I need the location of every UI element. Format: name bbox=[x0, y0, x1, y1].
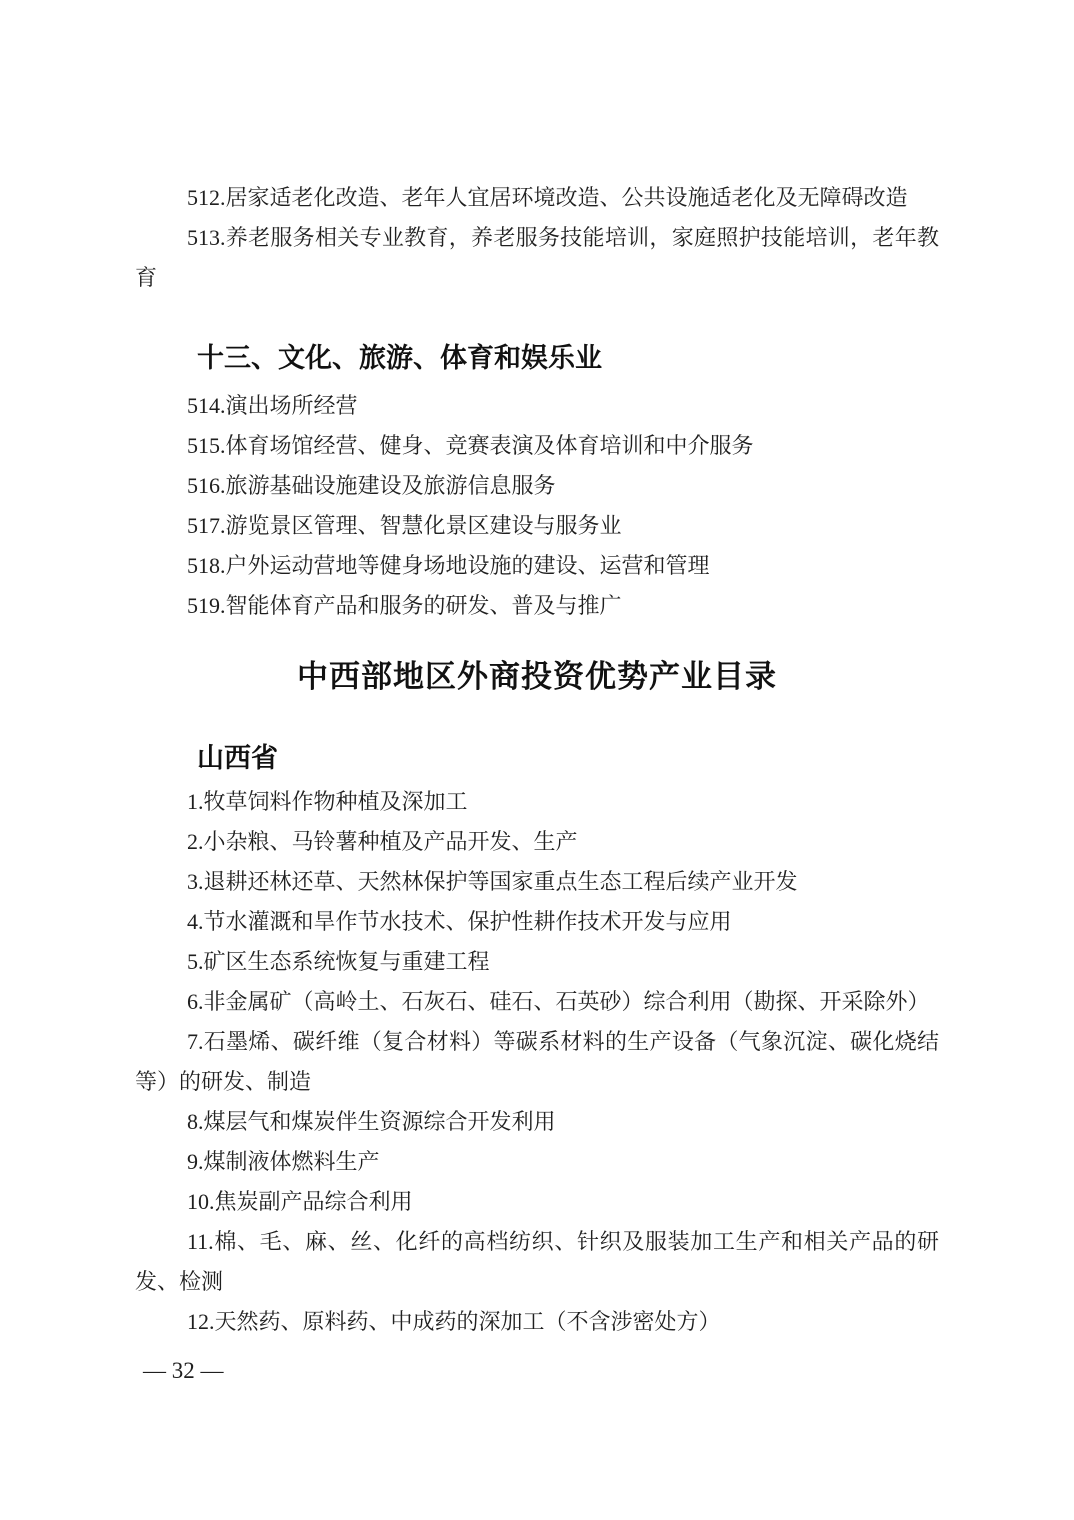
list-item: 2.小杂粮、马铃薯种植及产品开发、生产 bbox=[135, 822, 939, 862]
list-item: 8.煤层气和煤炭伴生资源综合开发利用 bbox=[135, 1102, 939, 1142]
section-13-heading: 十三、文化、旅游、体育和娱乐业 bbox=[135, 338, 939, 378]
list-item: 514.演出场所经营 bbox=[135, 386, 939, 426]
list-item: 4.节水灌溉和旱作节水技术、保护性耕作技术开发与应用 bbox=[135, 902, 939, 942]
section-13-items: 514.演出场所经营515.体育场馆经营、健身、竞赛表演及体育培训和中介服务51… bbox=[135, 386, 939, 626]
list-item: 515.体育场馆经营、健身、竞赛表演及体育培训和中介服务 bbox=[135, 426, 939, 466]
list-item: 517.游览景区管理、智慧化景区建设与服务业 bbox=[135, 506, 939, 546]
list-item: 513.养老服务相关专业教育，养老服务技能培训，家庭照护技能培训，老年教育 bbox=[135, 218, 939, 298]
list-item: 516.旅游基础设施建设及旅游信息服务 bbox=[135, 466, 939, 506]
list-item: 9.煤制液体燃料生产 bbox=[135, 1142, 939, 1182]
document-page: 512.居家适老化改造、老年人宜居环境改造、公共设施适老化及无障碍改造513.养… bbox=[0, 0, 1074, 1520]
list-item: 519.智能体育产品和服务的研发、普及与推广 bbox=[135, 586, 939, 626]
document-body: 512.居家适老化改造、老年人宜居环境改造、公共设施适老化及无障碍改造513.养… bbox=[135, 178, 939, 1342]
list-item: 6.非金属矿（高岭土、石灰石、硅石、石英砂）综合利用（勘探、开采除外） bbox=[135, 982, 939, 1022]
catalog-title: 中西部地区外商投资优势产业目录 bbox=[135, 654, 939, 700]
list-item: 10.焦炭副产品综合利用 bbox=[135, 1182, 939, 1222]
list-item: 3.退耕还林还草、天然林保护等国家重点生态工程后续产业开发 bbox=[135, 862, 939, 902]
list-item: 512.居家适老化改造、老年人宜居环境改造、公共设施适老化及无障碍改造 bbox=[135, 178, 939, 218]
list-item: 1.牧草饲料作物种植及深加工 bbox=[135, 782, 939, 822]
list-item: 518.户外运动营地等健身场地设施的建设、运营和管理 bbox=[135, 546, 939, 586]
list-item: 5.矿区生态系统恢复与重建工程 bbox=[135, 942, 939, 982]
province-items: 1.牧草饲料作物种植及深加工2.小杂粮、马铃薯种植及产品开发、生产3.退耕还林还… bbox=[135, 782, 939, 1342]
list-item: 12.天然药、原料药、中成药的深加工（不含涉密处方） bbox=[135, 1302, 939, 1342]
province-heading-shanxi: 山西省 bbox=[135, 738, 939, 778]
section-continued-items: 512.居家适老化改造、老年人宜居环境改造、公共设施适老化及无障碍改造513.养… bbox=[135, 178, 939, 298]
page-number: — 32 — bbox=[143, 1356, 224, 1386]
list-item: 7.石墨烯、碳纤维（复合材料）等碳系材料的生产设备（气象沉淀、碳化烧结等）的研发… bbox=[135, 1022, 939, 1102]
list-item: 11.棉、毛、麻、丝、化纤的高档纺织、针织及服装加工生产和相关产品的研发、检测 bbox=[135, 1222, 939, 1302]
